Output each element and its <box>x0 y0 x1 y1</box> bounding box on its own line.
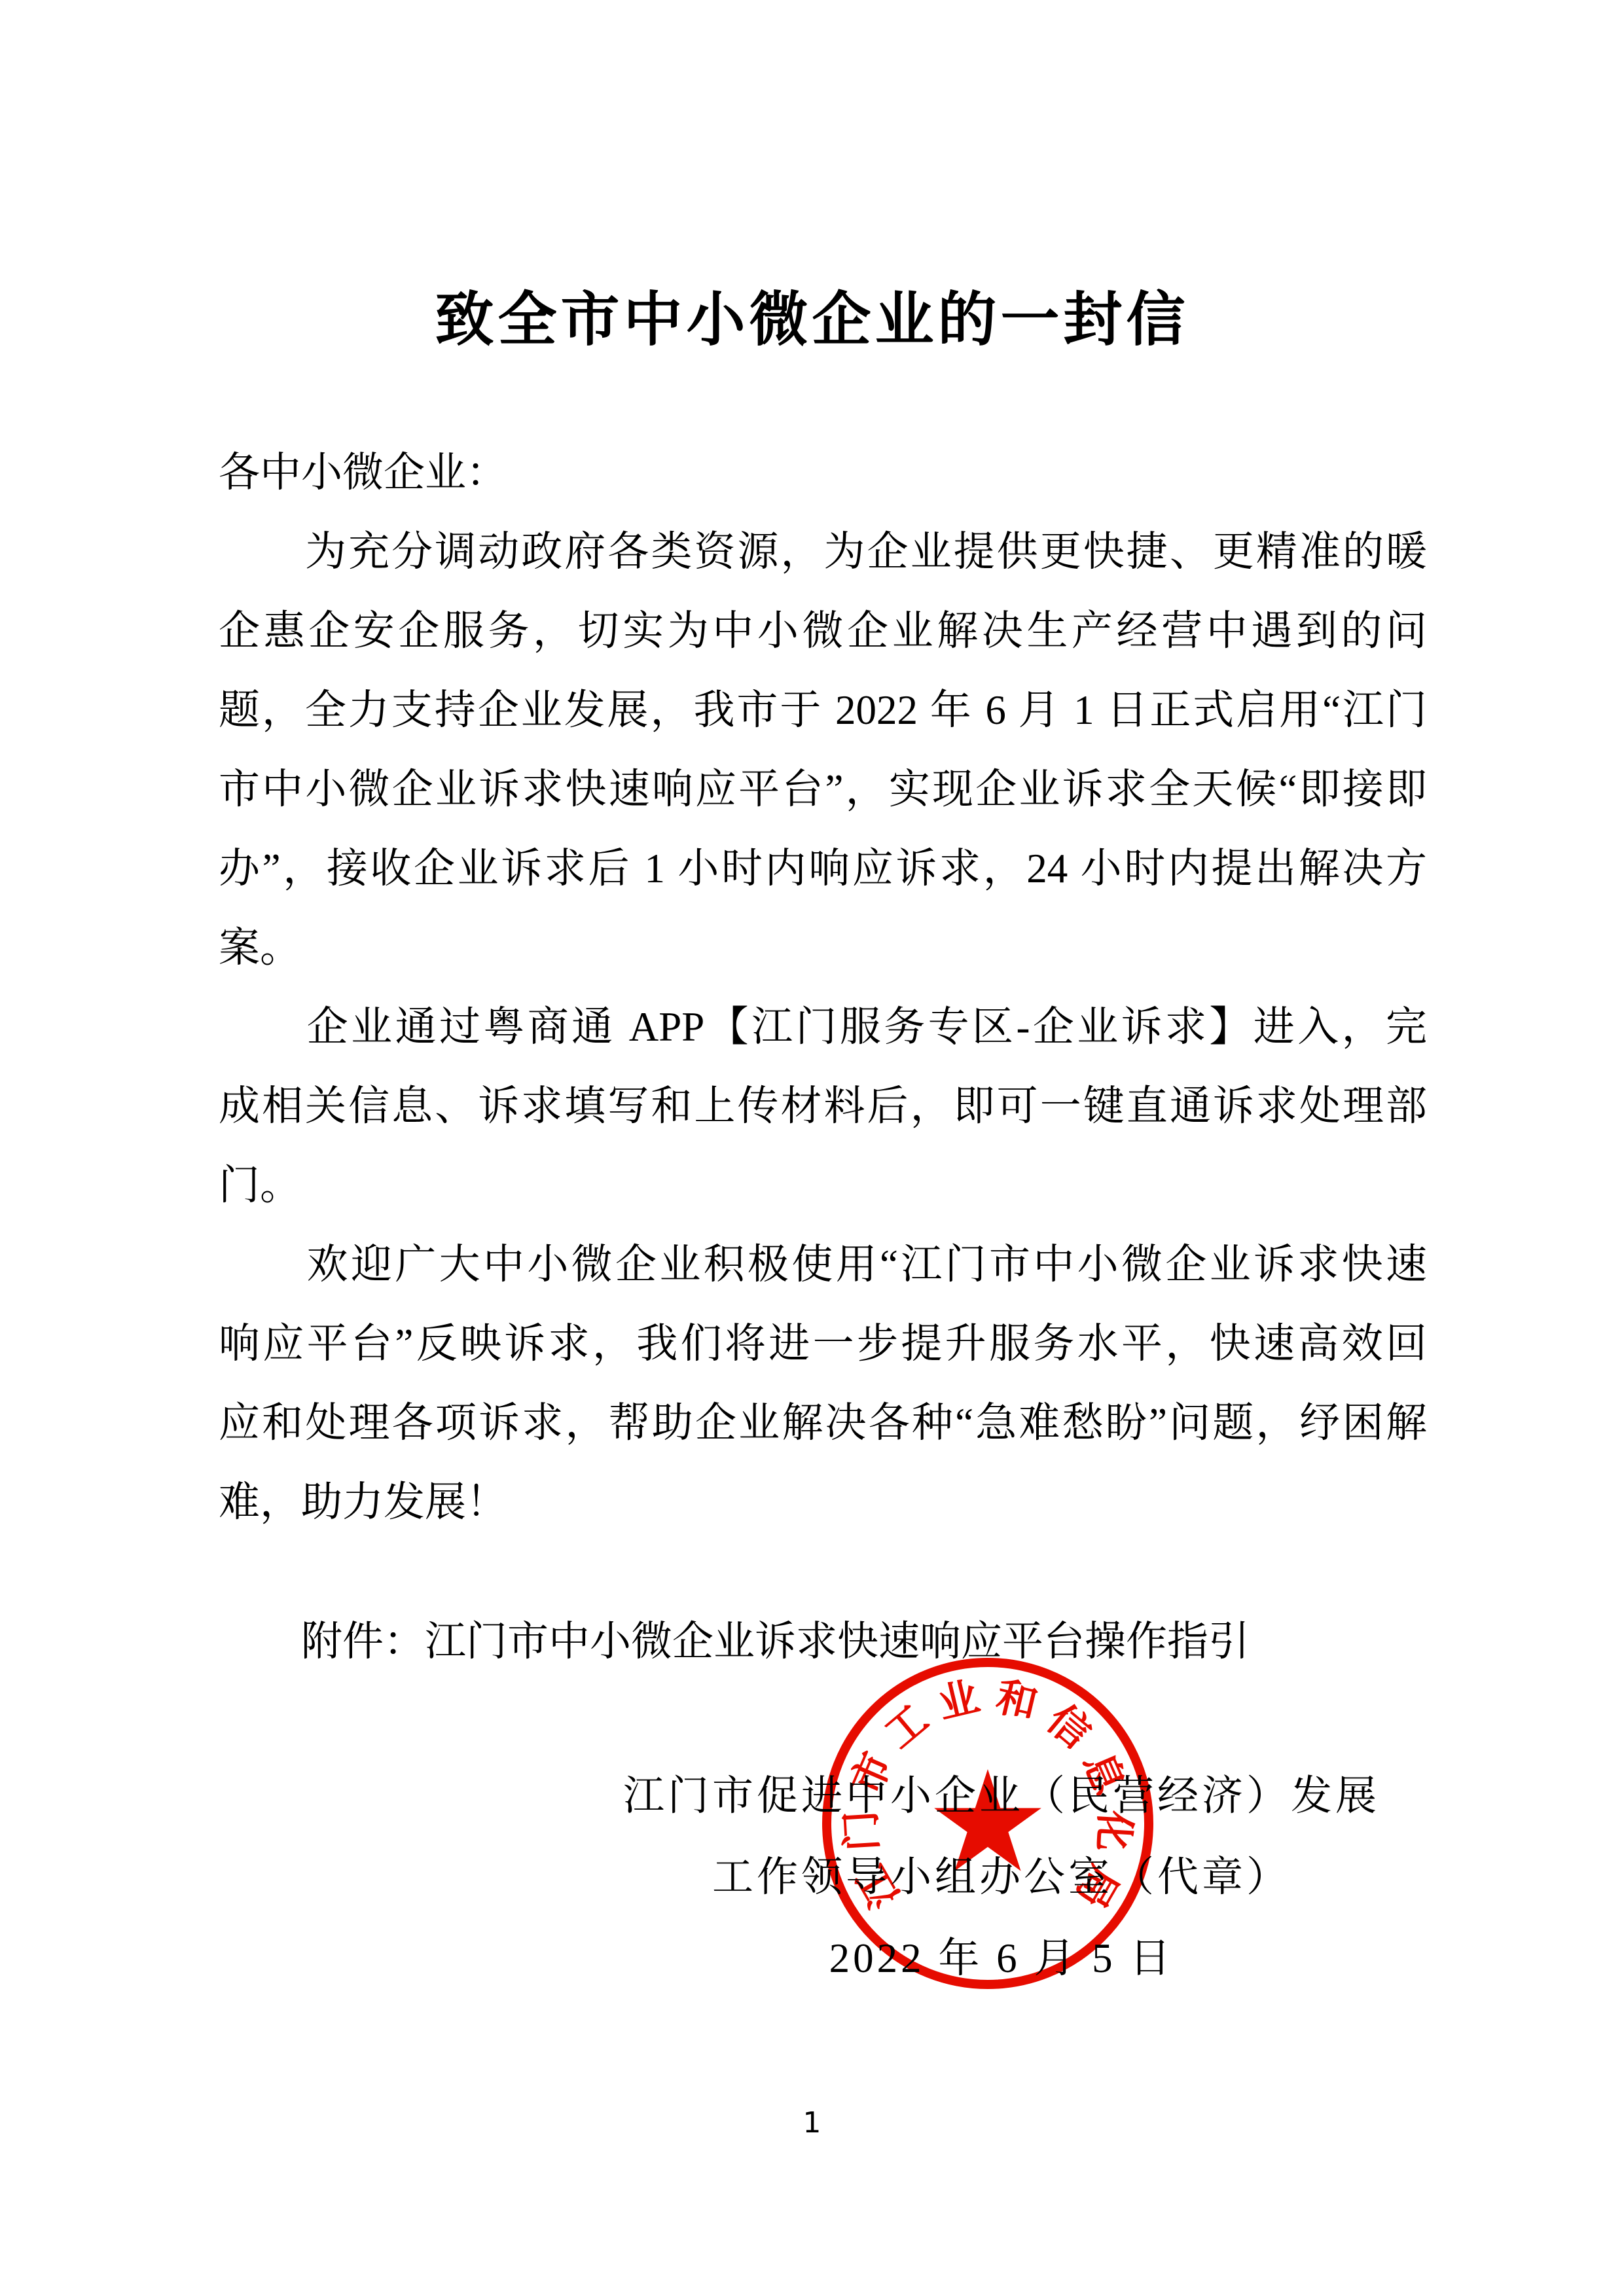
letter-body: 各中小微企业： 为充分调动政府各类资源，为企业提供更快捷、更精准的暖企惠企安企服… <box>219 433 1427 1681</box>
official-seal: 江门市工业和信息化局 <box>822 1658 1153 1989</box>
page-number: 1 <box>0 2106 1624 2140</box>
seal-character: 局 <box>1069 1859 1125 1914</box>
seal-character: 和 <box>992 1677 1041 1726</box>
body-line: 企惠企安企服务，切实为中小微企业解决生产经营中遇到的问 <box>219 592 1427 671</box>
seal-character: 江 <box>851 1859 907 1914</box>
body-paragraphs: 为充分调动政府各类资源，为企业提供更快捷、更精准的暖企惠企安企服务，切实为中小微… <box>219 512 1427 1542</box>
letter-page: 致全市中小微企业的一封信 各中小微企业： 为充分调动政府各类资源，为企业提供更快… <box>0 0 1624 2296</box>
body-line: 应和处理各项诉求，帮助企业解决各种“急难愁盼”问题，纾困解 <box>219 1384 1427 1463</box>
seal-character: 门 <box>841 1809 884 1852</box>
body-line: 为充分调动政府各类资源，为企业提供更快捷、更精准的暖 <box>219 512 1427 592</box>
seal-character: 化 <box>1092 1809 1135 1852</box>
body-line: 题，全力支持企业发展，我市于 2022 年 6 月 1 日正式启用“江门 <box>219 671 1427 750</box>
seal-character: 信 <box>1040 1698 1097 1755</box>
body-line: 成相关信息、诉求填写和上传材料后，即可一键直通诉求处理部 <box>219 1067 1427 1146</box>
seal-character: 工 <box>878 1698 935 1755</box>
letter-title: 致全市中小微企业的一封信 <box>0 288 1624 353</box>
body-line: 门。 <box>219 1146 1427 1225</box>
body-line: 难，助力发展！ <box>219 1463 1427 1542</box>
salutation: 各中小微企业： <box>219 433 1427 512</box>
body-line: 响应平台”反映诉求，我们将进一步提升服务水平，快速高效回 <box>219 1304 1427 1384</box>
red-star-icon <box>931 1768 1044 1872</box>
body-line: 企业通过粤商通 APP【江门服务专区-企业诉求】进入，完 <box>219 988 1427 1067</box>
attachment-line: 附件：江门市中小微企业诉求快速响应平台操作指引 <box>219 1602 1427 1681</box>
body-line: 欢迎广大中小微企业积极使用“江门市中小微企业诉求快速 <box>219 1225 1427 1304</box>
seal-character: 市 <box>846 1747 899 1801</box>
body-line: 办”，接收企业诉求后 1 小时内响应诉求，24 小时内提出解决方 <box>219 829 1427 908</box>
seal-character: 息 <box>1077 1747 1130 1801</box>
seal-character: 业 <box>934 1677 983 1726</box>
body-line: 案。 <box>219 908 1427 988</box>
body-line: 市中小微企业诉求快速响应平台”，实现企业诉求全天候“即接即 <box>219 750 1427 829</box>
